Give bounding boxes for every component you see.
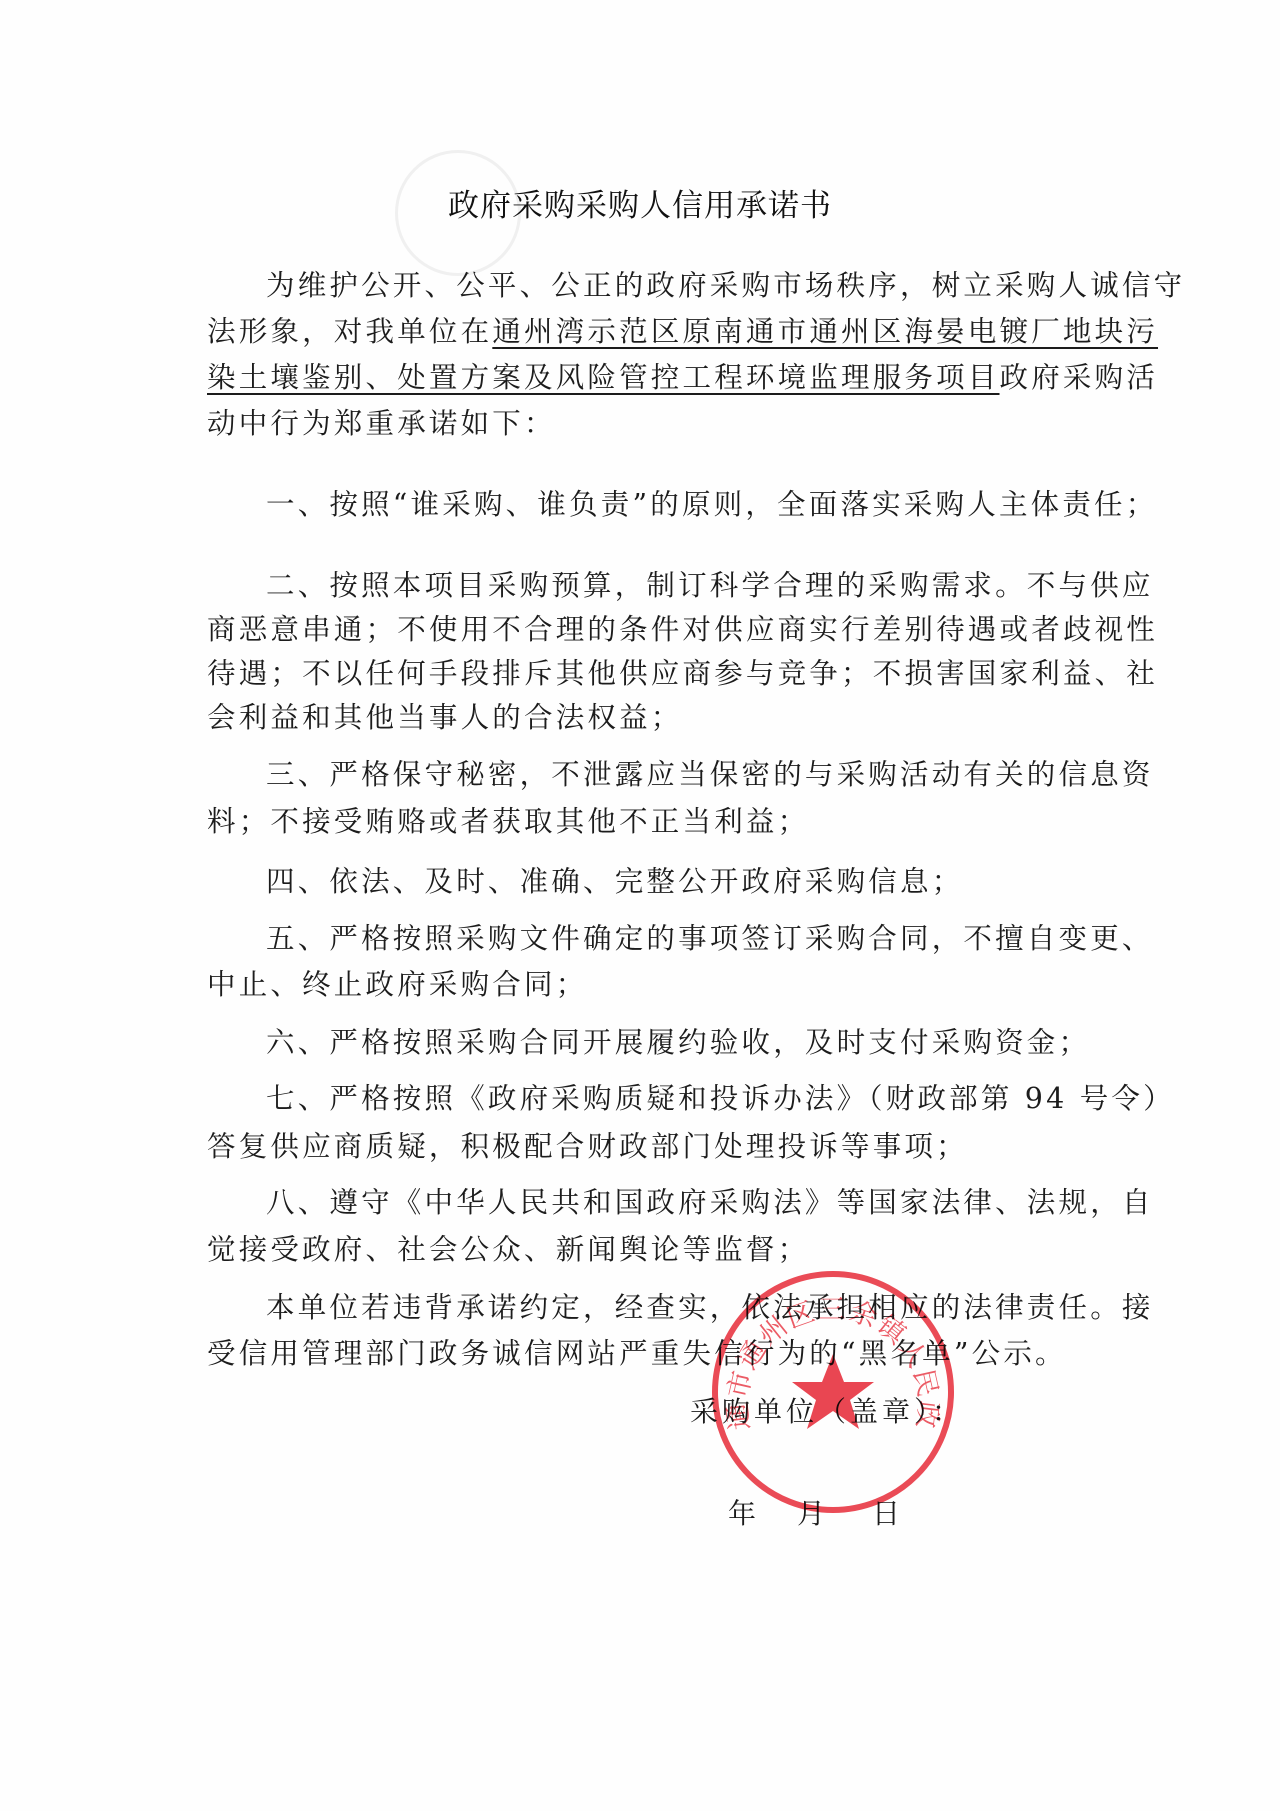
item-6-line-1: 六、严格按照采购合同开展履约验收，及时支付采购资金；: [266, 1020, 1077, 1061]
star-icon: [792, 1354, 874, 1429]
item-8-line-1: 八、遵守《中华人民共和国政府采购法》等国家法律、法规，自: [266, 1180, 1077, 1221]
item-8-line-2: 觉接受政府、社会公众、新闻舆论等监督；: [207, 1227, 1077, 1268]
item-3-line-1: 三、严格保守秘密，不泄露应当保密的与采购活动有关的信息资: [266, 752, 1077, 793]
item-2-line-1: 二、按照本项目采购预算，制订科学合理的采购需求。不与供应: [266, 563, 1077, 604]
item-3-line-2: 料；不接受贿赂或者获取其他不正当利益；: [207, 799, 1077, 840]
intro-line-4: 动中行为郑重承诺如下：: [207, 401, 1077, 442]
intro-line-1: 为维护公开、公平、公正的政府采购市场秩序，树立采购人诚信守: [266, 263, 1077, 304]
item-2-line-3: 待遇；不以任何手段排斥其他供应商参与竞争；不损害国家利益、社: [207, 651, 1077, 692]
item-7-line-1: 七、严格按照《政府采购质疑和投诉办法》（财政部第 94 号令）: [266, 1076, 1077, 1117]
project-name-part-1: 通州湾示范区原南通市通州区海晏电镀厂地块污: [492, 315, 1158, 348]
intro-line-3: 染土壤鉴别、处置方案及风险管控工程环境监理服务项目政府采购活: [207, 355, 1077, 396]
project-name-part-2: 染土壤鉴别、处置方案及风险管控工程环境监理服务项目: [207, 361, 1000, 394]
document-page: 政府采购采购人信用承诺书 为维护公开、公平、公正的政府采购市场秩序，树立采购人诚…: [0, 0, 1280, 1811]
document-title: 政府采购采购人信用承诺书: [0, 180, 1280, 225]
item-5-line-1: 五、严格按照采购文件确定的事项签订采购合同，不擅自变更、: [266, 916, 1077, 957]
official-seal-stamp: 南通市通州区三余镇人民政府: [707, 1266, 959, 1518]
intro-line-2: 法形象，对我单位在通州湾示范区原南通市通州区海晏电镀厂地块污: [207, 309, 1077, 350]
intro-text: 法形象，对我单位在: [207, 315, 492, 348]
intro-text: 政府采购活: [1000, 361, 1159, 394]
item-5-line-2: 中止、终止政府采购合同；: [207, 962, 1077, 1003]
item-1-line-1: 一、按照“谁采购、谁负责”的原则，全面落实采购人主体责任；: [266, 482, 1077, 523]
item-2-line-2: 商恶意串通；不使用不合理的条件对供应商实行差别待遇或者歧视性: [207, 607, 1077, 648]
item-4-line-1: 四、依法、及时、准确、完整公开政府采购信息；: [266, 859, 1077, 900]
item-2-line-4: 会利益和其他当事人的合法权益；: [207, 695, 1077, 736]
item-7-line-2: 答复供应商质疑，积极配合财政部门处理投诉等事项；: [207, 1124, 1077, 1165]
